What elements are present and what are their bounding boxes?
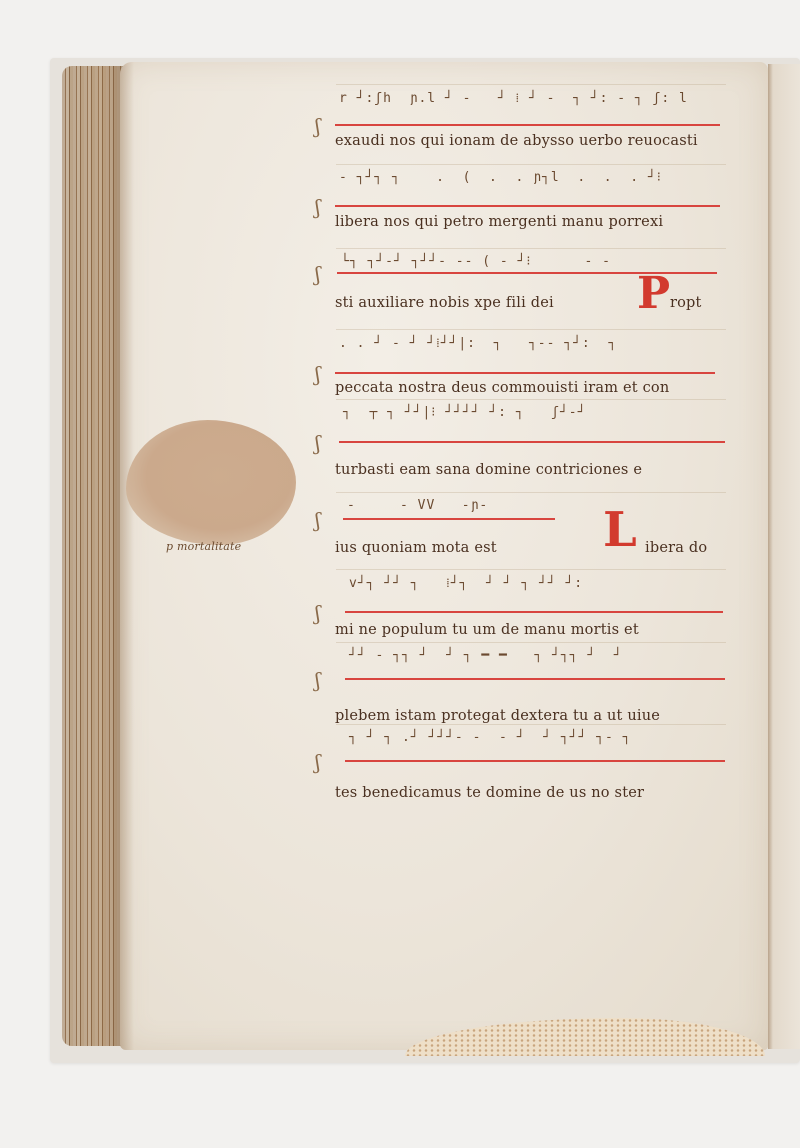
rubric-initial: P (637, 268, 670, 319)
f-clef-icon: ʃ (315, 668, 320, 692)
neume-group: v┘┐ ┘┘ ┐ ⁞┘┐ ┘ ┘ ┐ ┘┘ ┘: (349, 575, 583, 591)
rubric-initial: L (603, 502, 637, 558)
chant-text-line: libera nos qui petro mergenti manu porre… (335, 214, 663, 230)
red-staff-line (335, 372, 715, 374)
marginal-stain (126, 420, 296, 545)
red-staff-line (335, 205, 720, 207)
neume-group: └┐ ┐┘-┘ ┐┘┘- -- ( - ┘⁝ - - (341, 254, 611, 269)
drypoint-ruling (336, 492, 726, 493)
f-clef-icon: ʃ (315, 262, 320, 286)
neume-group: - - VV -ɲ- (347, 498, 488, 513)
chant-text-continuation: ibera do (645, 540, 707, 556)
red-staff-line (339, 441, 725, 443)
drypoint-ruling (336, 329, 726, 330)
drypoint-ruling (336, 164, 726, 165)
chant-text-line: tes benedicamus te domine de us no ster (335, 785, 644, 801)
f-clef-icon: ʃ (315, 508, 320, 532)
f-clef-icon: ʃ (315, 750, 320, 774)
drypoint-ruling (336, 569, 726, 570)
chant-text-line: mi ne populum tu um de manu mortis et (335, 622, 639, 638)
chant-text-line: exaudi nos qui ionam de abysso uerbo reu… (335, 133, 698, 149)
neume-group: ┐ ┘ ┐ .┘ ┘┘┘- - - ┘ ┘ ┐┘┘ ┐- ┐ (349, 730, 631, 745)
f-clef-icon: ʃ (315, 114, 320, 138)
red-staff-line (345, 611, 723, 613)
neume-group: . . ┘ - ┘ ┘⁞┘┘|: ┐ ┐-- ┐┘: ┐ (339, 335, 617, 351)
parchment-leaf (120, 62, 768, 1050)
opposite-page-edge (768, 64, 800, 1049)
chant-text-line: sti auxiliare nobis xpe fili dei (335, 295, 554, 311)
drypoint-ruling (336, 399, 726, 400)
neume-group: r ┘:ʃh ɲ.l ┘ - ┘ ⁞ ┘ - ┐ ┘: - ┐ ʃ: l (339, 90, 688, 106)
red-staff-line (343, 518, 555, 520)
drypoint-ruling (336, 84, 726, 85)
red-staff-line (345, 760, 725, 762)
chant-text-line: plebem istam protegat dextera tu a ut ui… (335, 708, 660, 724)
chant-text-line: peccata nostra deus commouisti iram et c… (335, 380, 669, 396)
red-staff-line (345, 678, 725, 680)
neume-group: ┐ ┬ ┐ ┘┘|⁝ ┘┘┘┘ ┘: ┐ ʃ┘-┘ (343, 405, 586, 420)
f-clef-icon: ʃ (315, 195, 320, 219)
chant-text-line: turbasti eam sana domine contriciones e (335, 462, 642, 478)
chant-text-continuation: ropt (670, 295, 702, 311)
chant-text-line: ius quoniam mota est (335, 540, 497, 556)
f-clef-icon: ʃ (315, 431, 320, 455)
drypoint-ruling (336, 724, 726, 725)
drypoint-ruling (336, 248, 726, 249)
f-clef-icon: ʃ (315, 362, 320, 386)
drypoint-ruling (336, 642, 726, 643)
marginal-note: p mortalitate (166, 540, 241, 553)
f-clef-icon: ʃ (315, 601, 320, 625)
red-staff-line (335, 124, 720, 126)
leaf-edge-shadow (120, 62, 134, 1050)
neume-group: ┘┘ - ┐┐ ┘ ┘ ┐ ━ ━ ┐ ┘┐┐ ┘ ┘ (349, 648, 623, 663)
neume-group: - ┐┘┐ ┐ . ( . . ɲ┐l . . . ┘⁝ (339, 170, 662, 185)
